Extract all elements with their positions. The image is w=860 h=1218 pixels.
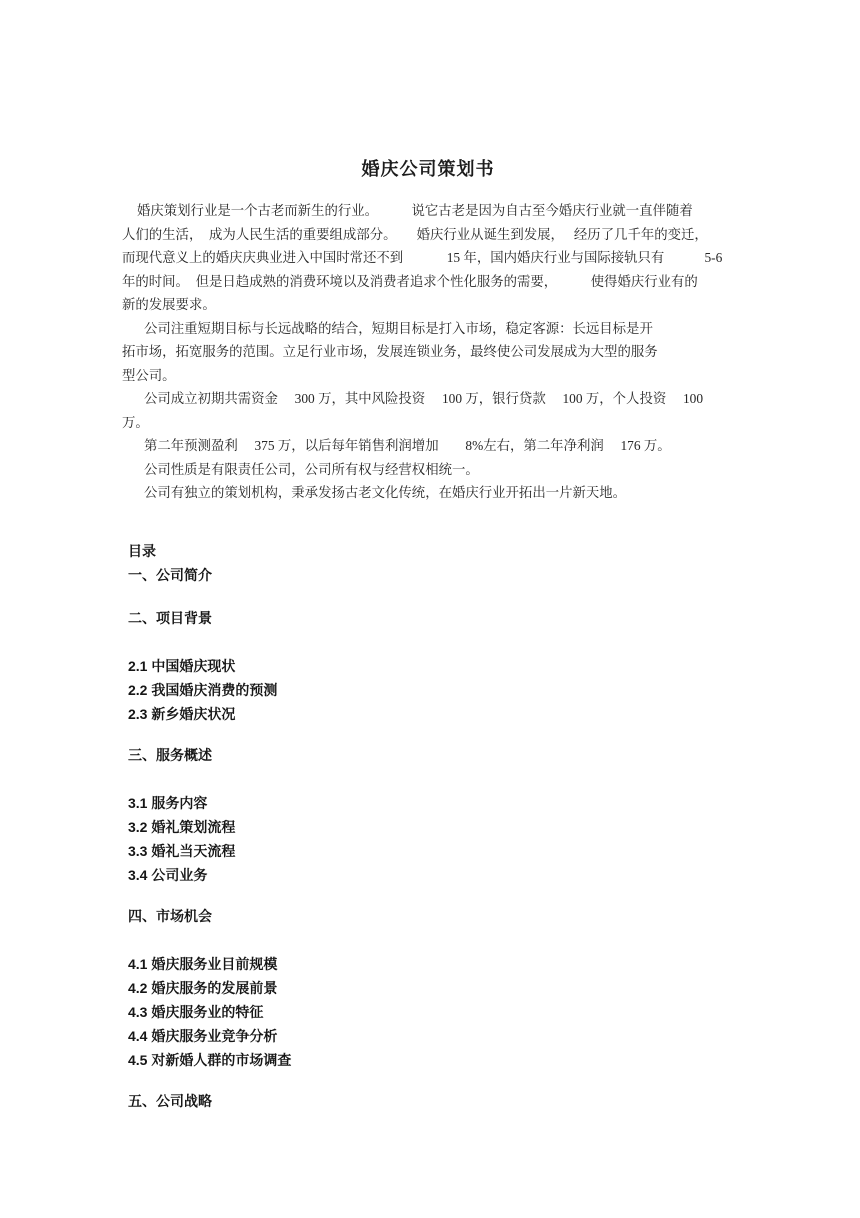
text-line: 婚庆策划行业是一个古老而新生的行业。 说它古老是因为自古至今婚庆行业就一直伴随着 xyxy=(122,199,747,223)
toc-item-2-3: 2.3 新乡婚庆状况 xyxy=(128,702,747,726)
text-line: 型公司。 xyxy=(122,364,747,388)
paragraph-planning-agency: 公司有独立的策划机构，秉承发扬古老文化传统，在婚庆行业开拓出一片新天地。 xyxy=(122,481,747,505)
toc-item-4-4: 4.4 婚庆服务业竞争分析 xyxy=(128,1024,747,1048)
text-line: 第二年预测盈利 375 万，以后每年销售利润增加 8%左右，第二年净利润 176… xyxy=(122,434,747,458)
document-title: 婚庆公司策划书 xyxy=(122,0,734,182)
text-line: 年的时间。 但是日趋成熟的消费环境以及消费者追求个性化服务的需要， 使得婚庆行业… xyxy=(122,270,747,294)
text-line: 而现代意义上的婚庆庆典业进入中国时常还不到 15 年，国内婚庆行业与国际接轨只有… xyxy=(122,246,747,270)
toc-item-3-2: 3.2 婚礼策划流程 xyxy=(128,815,747,839)
paragraph-company-nature: 公司性质是有限责任公司，公司所有权与经营权相统一。 xyxy=(122,458,747,482)
document-content: 婚庆公司策划书 婚庆策划行业是一个古老而新生的行业。 说它古老是因为自古至今婚庆… xyxy=(0,0,747,1115)
paragraph-company-goals: 公司注重短期目标与长远战略的结合，短期目标是打入市场，稳定客源：长远目标是开 拓… xyxy=(122,317,747,388)
text-line: 万。 xyxy=(122,411,747,435)
toc-item-project-background: 二、项目背景 xyxy=(128,608,747,632)
document-body: 婚庆策划行业是一个古老而新生的行业。 说它古老是因为自古至今婚庆行业就一直伴随着… xyxy=(122,199,747,505)
text-line: 人们的生活， 成为人民生活的重要组成部分。 婚庆行业从诞生到发展， 经历了几千年… xyxy=(122,223,747,247)
toc-item-market-opportunity: 四、市场机会 xyxy=(128,906,747,930)
paragraph-profit-forecast: 第二年预测盈利 375 万，以后每年销售利润增加 8%左右，第二年净利润 176… xyxy=(122,434,747,458)
toc-item-service-overview: 三、服务概述 xyxy=(128,745,747,769)
text-line: 拓市场，拓宽服务的范围。立足行业市场，发展连锁业务，最终使公司发展成为大型的服务 xyxy=(122,340,747,364)
toc-item-4-5: 4.5 对新婚人群的市场调查 xyxy=(128,1048,747,1072)
table-of-contents: 目录 一、公司简介 二、项目背景 2.1 中国婚庆现状 2.2 我国婚庆消费的预… xyxy=(122,541,747,1115)
toc-item-4-2: 4.2 婚庆服务的发展前景 xyxy=(128,976,747,1000)
text-line: 公司注重短期目标与长远战略的结合，短期目标是打入市场，稳定客源：长远目标是开 xyxy=(122,317,747,341)
toc-item-4-1: 4.1 婚庆服务业目前规模 xyxy=(128,952,747,976)
text-line: 公司性质是有限责任公司，公司所有权与经营权相统一。 xyxy=(122,458,747,482)
text-line: 公司成立初期共需资金 300 万，其中风险投资 100 万，银行贷款 100 万… xyxy=(122,387,747,411)
document-page: 婚庆公司策划书 婚庆策划行业是一个古老而新生的行业。 说它古老是因为自古至今婚庆… xyxy=(0,0,860,1218)
toc-item-3-4: 3.4 公司业务 xyxy=(128,863,747,887)
toc-heading: 目录 xyxy=(128,541,747,565)
toc-item-2-1: 2.1 中国婚庆现状 xyxy=(128,654,747,678)
paragraph-funding: 公司成立初期共需资金 300 万，其中风险投资 100 万，银行贷款 100 万… xyxy=(122,387,747,434)
toc-item-company-strategy: 五、公司战略 xyxy=(128,1091,747,1115)
toc-item-company-intro: 一、公司简介 xyxy=(128,565,747,589)
text-line: 公司有独立的策划机构，秉承发扬古老文化传统，在婚庆行业开拓出一片新天地。 xyxy=(122,481,747,505)
paragraph-industry-intro: 婚庆策划行业是一个古老而新生的行业。 说它古老是因为自古至今婚庆行业就一直伴随着… xyxy=(122,199,747,317)
toc-item-3-3: 3.3 婚礼当天流程 xyxy=(128,839,747,863)
toc-item-3-1: 3.1 服务内容 xyxy=(128,791,747,815)
toc-item-4-3: 4.3 婚庆服务业的特征 xyxy=(128,1000,747,1024)
toc-item-2-2: 2.2 我国婚庆消费的预测 xyxy=(128,678,747,702)
text-line: 新的发展要求。 xyxy=(122,293,747,317)
